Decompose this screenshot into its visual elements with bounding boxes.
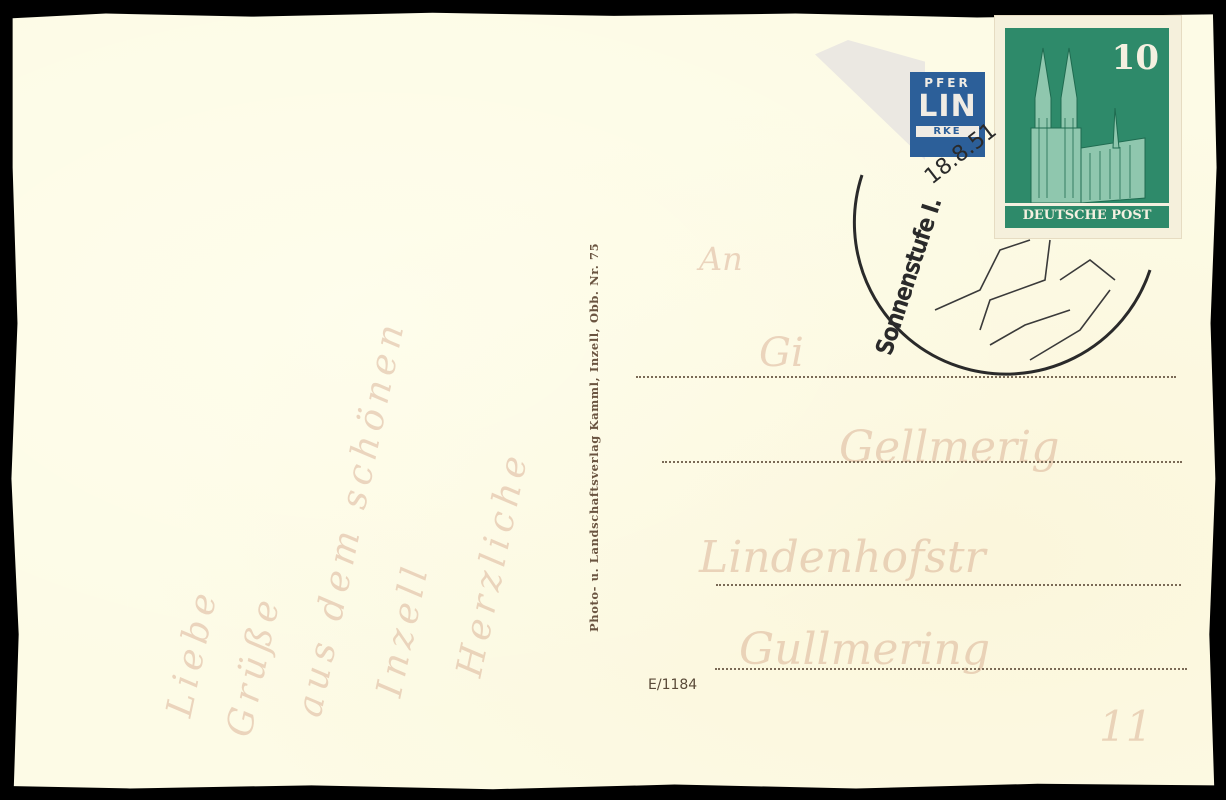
address-line-2 (662, 461, 1182, 463)
handwriting-line: Grüße (219, 591, 289, 741)
handwriting-line: Inzell (369, 558, 438, 700)
stamp-text-middle: LIN (910, 90, 985, 124)
handwriting-line: Herzliche (449, 446, 537, 680)
stamp-text-top: PFER (910, 76, 985, 90)
stamp-value: 10 (1112, 38, 1159, 78)
address-handwriting: Lindenhofstr (699, 532, 986, 583)
address-handwriting: 11 (1099, 702, 1152, 751)
address-line-3 (716, 584, 1181, 586)
address-handwriting: Gi (759, 330, 804, 376)
handwritten-message: Liebe Grüße aus dem schönen Inzell Herzl… (69, 72, 549, 772)
handwriting-line: Liebe (159, 584, 226, 721)
address-handwriting: An (699, 240, 743, 278)
card-code: E/1184 (648, 677, 697, 693)
address-line-4 (715, 668, 1187, 670)
address-handwriting: Gellmerig (839, 422, 1059, 473)
publisher-imprint: Photo- u. Landschaftsverlag Kamml, Inzel… (587, 243, 601, 632)
